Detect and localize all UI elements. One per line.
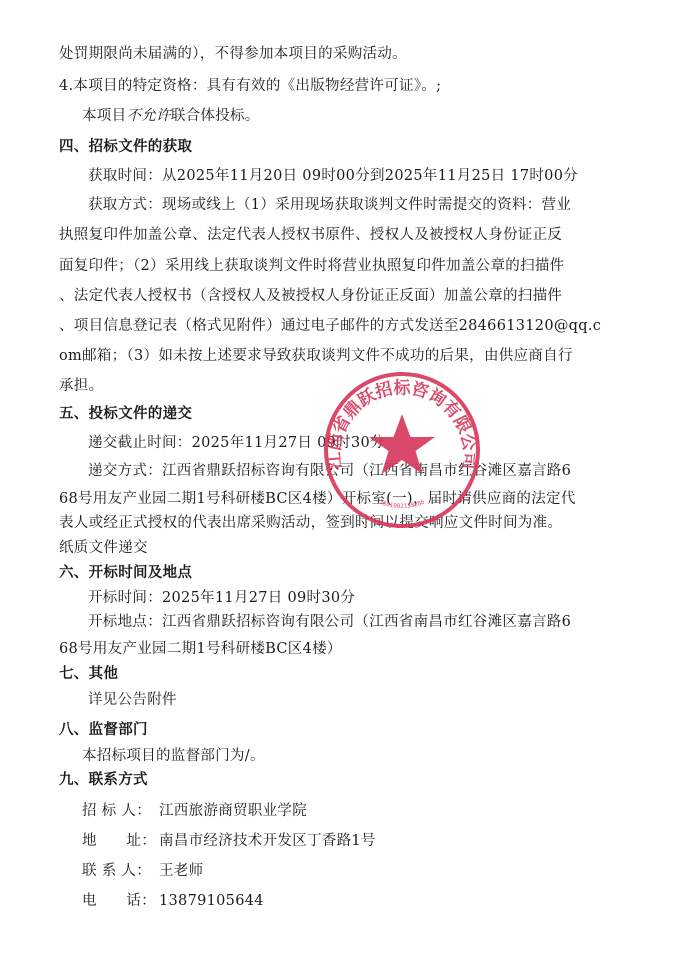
submit-deadline: 递交截止时间：2025年11月27日 09时30分 [88, 433, 385, 453]
acquire-method-line: 、项目信息登记表（格式见附件）通过电子邮件的方式发送至2846613120@qq… [59, 316, 601, 336]
contact-row: 招 标 人：江西旅游商贸职业学院 [82, 801, 307, 821]
contact-label: 地 址： [82, 831, 159, 851]
contact-value: 王老师 [159, 863, 203, 879]
contact-row: 电 话：13879105644 [82, 891, 264, 911]
paragraph-line: 处罚期限尚未届满的），不得参加本项目的采购活动。 [59, 44, 407, 64]
acquire-method-line: 、法定代表人授权书（含授权人及被授权人身份证正反面）加盖公章的扫描件 [59, 286, 562, 306]
contact-label: 联 系 人： [82, 861, 159, 881]
opening-place-line: 开标地点：江西省鼎跃招标咨询有限公司（江西省南昌市红谷滩区嘉言路6 [88, 612, 571, 632]
seal-text: 江西省鼎跃招标咨询有限公司 [324, 377, 479, 470]
contact-value: 南昌市经济技术开发区丁香路1号 [159, 833, 376, 849]
acquire-method-line: 执照复印件加盖公章、法定代表人授权书原件、授权人及被授权人身份证正反 [59, 225, 562, 245]
opening-time: 开标时间：2025年11月27日 09时30分 [88, 588, 355, 608]
submit-method-line: 递交方式：江西省鼎跃招标咨询有限公司（江西省南昌市红谷滩区嘉言路6 [88, 461, 571, 481]
qualification-line: 4.本项目的特定资格：具有有效的《出版物经营许可证》。; [59, 76, 441, 96]
acquire-method-line: 获取方式：现场或线上（1）采用现场获取谈判文件时需提交的资料：营业 [88, 195, 571, 215]
contact-row: 联 系 人：王老师 [82, 861, 203, 881]
acquire-method-line: om邮箱；（3）如未按上述要求导致获取谈判文件不成功的后果，由供应商自行 [59, 346, 573, 366]
section4-heading: 四、招标文件的获取 [59, 137, 192, 157]
submit-method-line: 表人或经正式授权的代表出席采购活动，签到时间以提交响应文件时间为准。 [59, 513, 562, 533]
consortium-pre: 本项目 [82, 108, 126, 124]
consortium-emphasis: 不允许 [126, 108, 170, 124]
supervision-text: 本招标项目的监督部门为/。 [82, 746, 265, 766]
consortium-note: 本项目不允许联合体投标。 [82, 106, 260, 126]
contact-value: 13879105644 [159, 893, 264, 909]
contact-label: 招 标 人： [82, 801, 159, 821]
contact-value: 江西旅游商贸职业学院 [159, 803, 307, 819]
section7-heading: 七、其他 [59, 664, 118, 684]
section9-heading: 九、联系方式 [59, 770, 148, 790]
section6-heading: 六、开标时间及地点 [59, 563, 192, 583]
contact-row: 地 址：南昌市经济技术开发区丁香路1号 [82, 831, 376, 851]
acquire-time: 获取时间：从2025年11月20日 09时00分到2025年11月25日 17时… [88, 166, 578, 186]
submit-method-line: 纸质文件递交 [59, 538, 148, 558]
consortium-post: 联合体投标。 [171, 108, 260, 124]
section5-heading: 五、投标文件的递交 [59, 404, 192, 424]
document-page: 处罚期限尚未届满的），不得参加本项目的采购活动。 4.本项目的特定资格：具有有效… [0, 0, 675, 959]
opening-place-line: 68号用友产业园二期1号科研楼BC区4楼） [59, 639, 342, 659]
contact-label: 电 话： [82, 891, 159, 911]
submit-method-line: 68号用友产业园二期1号科研楼BC区4楼）开标室(一)，届时请供应商的法定代 [59, 489, 576, 509]
acquire-method-line: 承担。 [59, 376, 103, 396]
other-text: 详见公告附件 [88, 690, 177, 710]
acquire-method-line: 面复印件；（2）采用线上获取谈判文件时将营业执照复印件加盖公章的扫描件 [59, 256, 564, 276]
section8-heading: 八、监督部门 [59, 720, 148, 740]
